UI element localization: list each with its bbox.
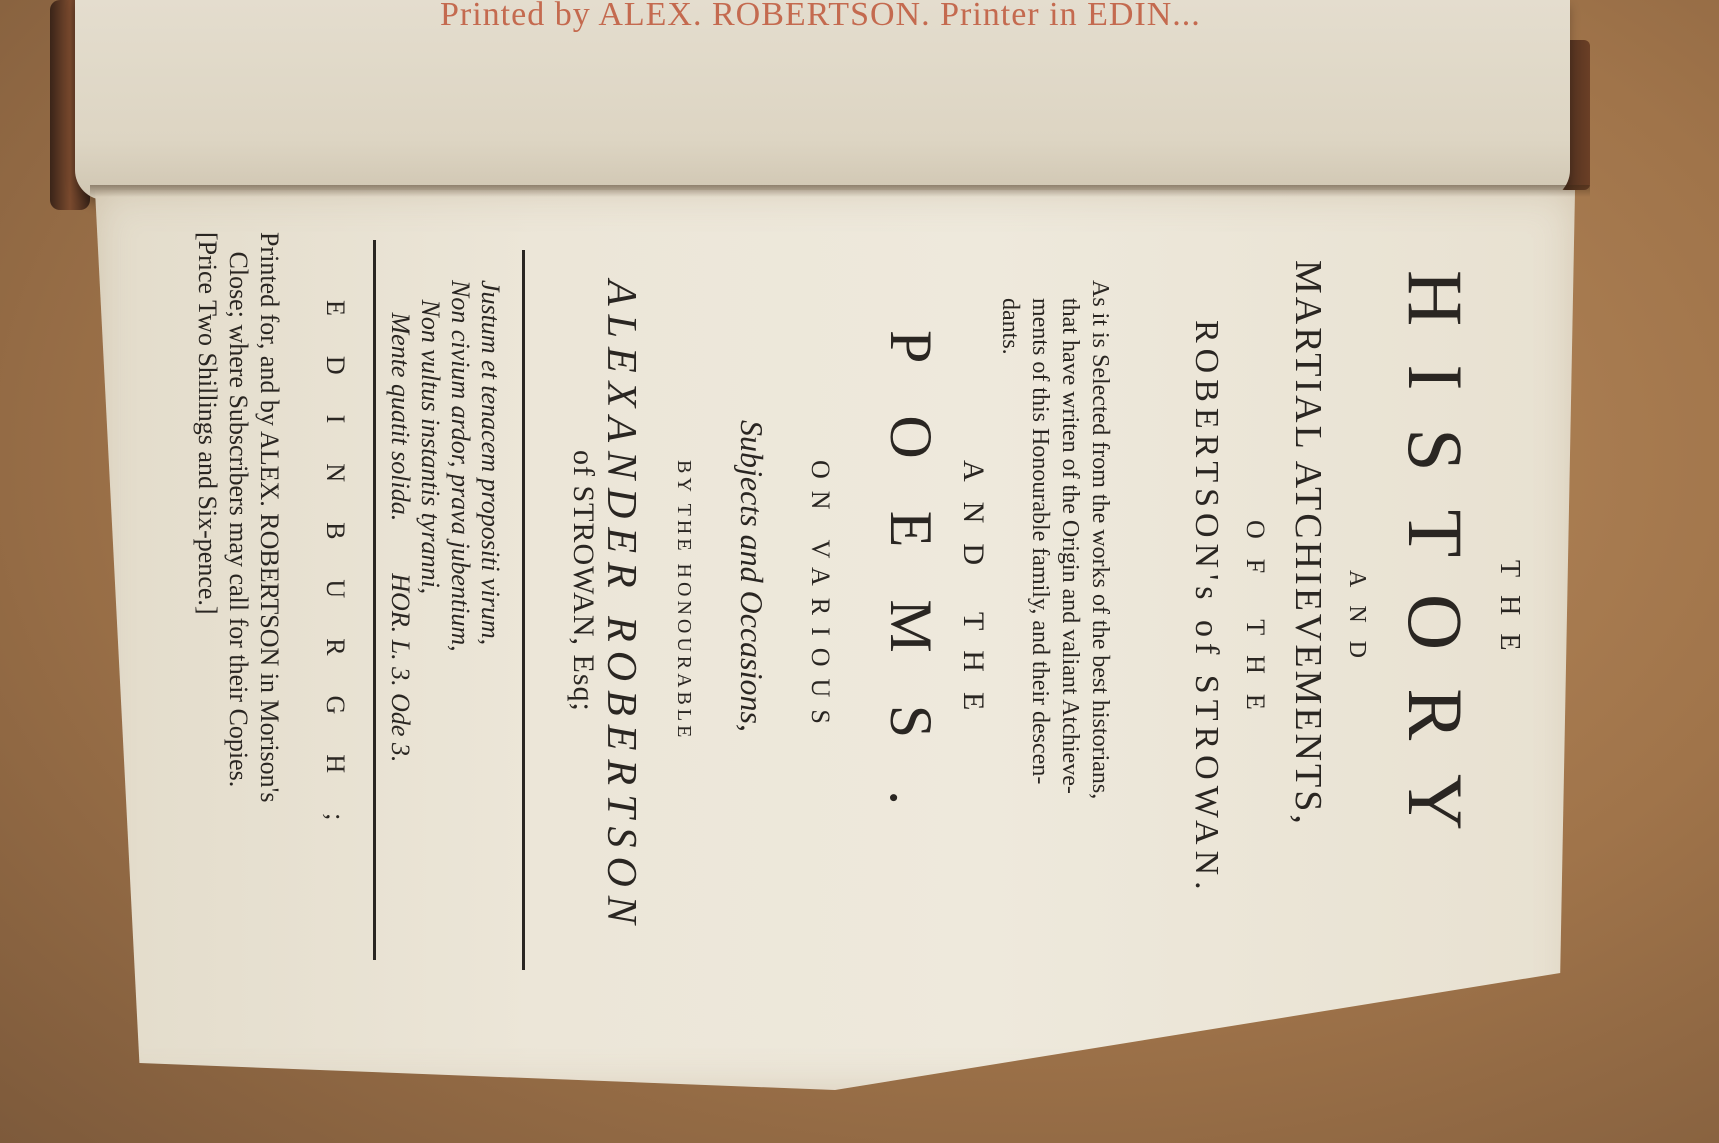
- title-martial: MARTIAL ATCHIEVEMENTS,: [1286, 260, 1330, 827]
- page-fold-shadow: [90, 185, 1590, 197]
- title-the: THE: [1493, 560, 1525, 668]
- title-of-the: OF THE: [1240, 520, 1270, 730]
- title-on-various: ON VARIOUS: [805, 460, 835, 736]
- title-motto: Justum et tenacem propositi virum, Non c…: [385, 280, 505, 762]
- title-city: EDINBURGH;: [320, 300, 350, 860]
- title-history: HISTORY: [1390, 270, 1480, 868]
- title-selected-from: As it is Selected from the works of the …: [995, 280, 1115, 799]
- title-and-the: AND THE: [956, 460, 990, 730]
- title-robertsons: ROBERTSON's of STROWAN.: [1187, 320, 1225, 896]
- title-by: BY THE HONOURABLE: [672, 460, 695, 741]
- title-author-of: of STROWAN, Esq;: [566, 450, 600, 712]
- title-author: ALEXANDER ROBERTSON: [597, 280, 645, 933]
- previous-page-imprint: Printed by ALEX. ROBERTSON. Printer in E…: [440, 0, 1201, 34]
- title-and: AND: [1343, 570, 1370, 676]
- motto-rule-bottom: [373, 240, 376, 960]
- previous-page: Printed by ALEX. ROBERTSON. Printer in E…: [75, 0, 1570, 200]
- title-imprint: Printed for, and by ALEX. ROBERTSON in M…: [192, 232, 285, 802]
- title-poems: POEMS.: [876, 330, 945, 857]
- motto-rule-top: [522, 250, 525, 970]
- title-subjects: Subjects and Occasions,: [733, 420, 770, 732]
